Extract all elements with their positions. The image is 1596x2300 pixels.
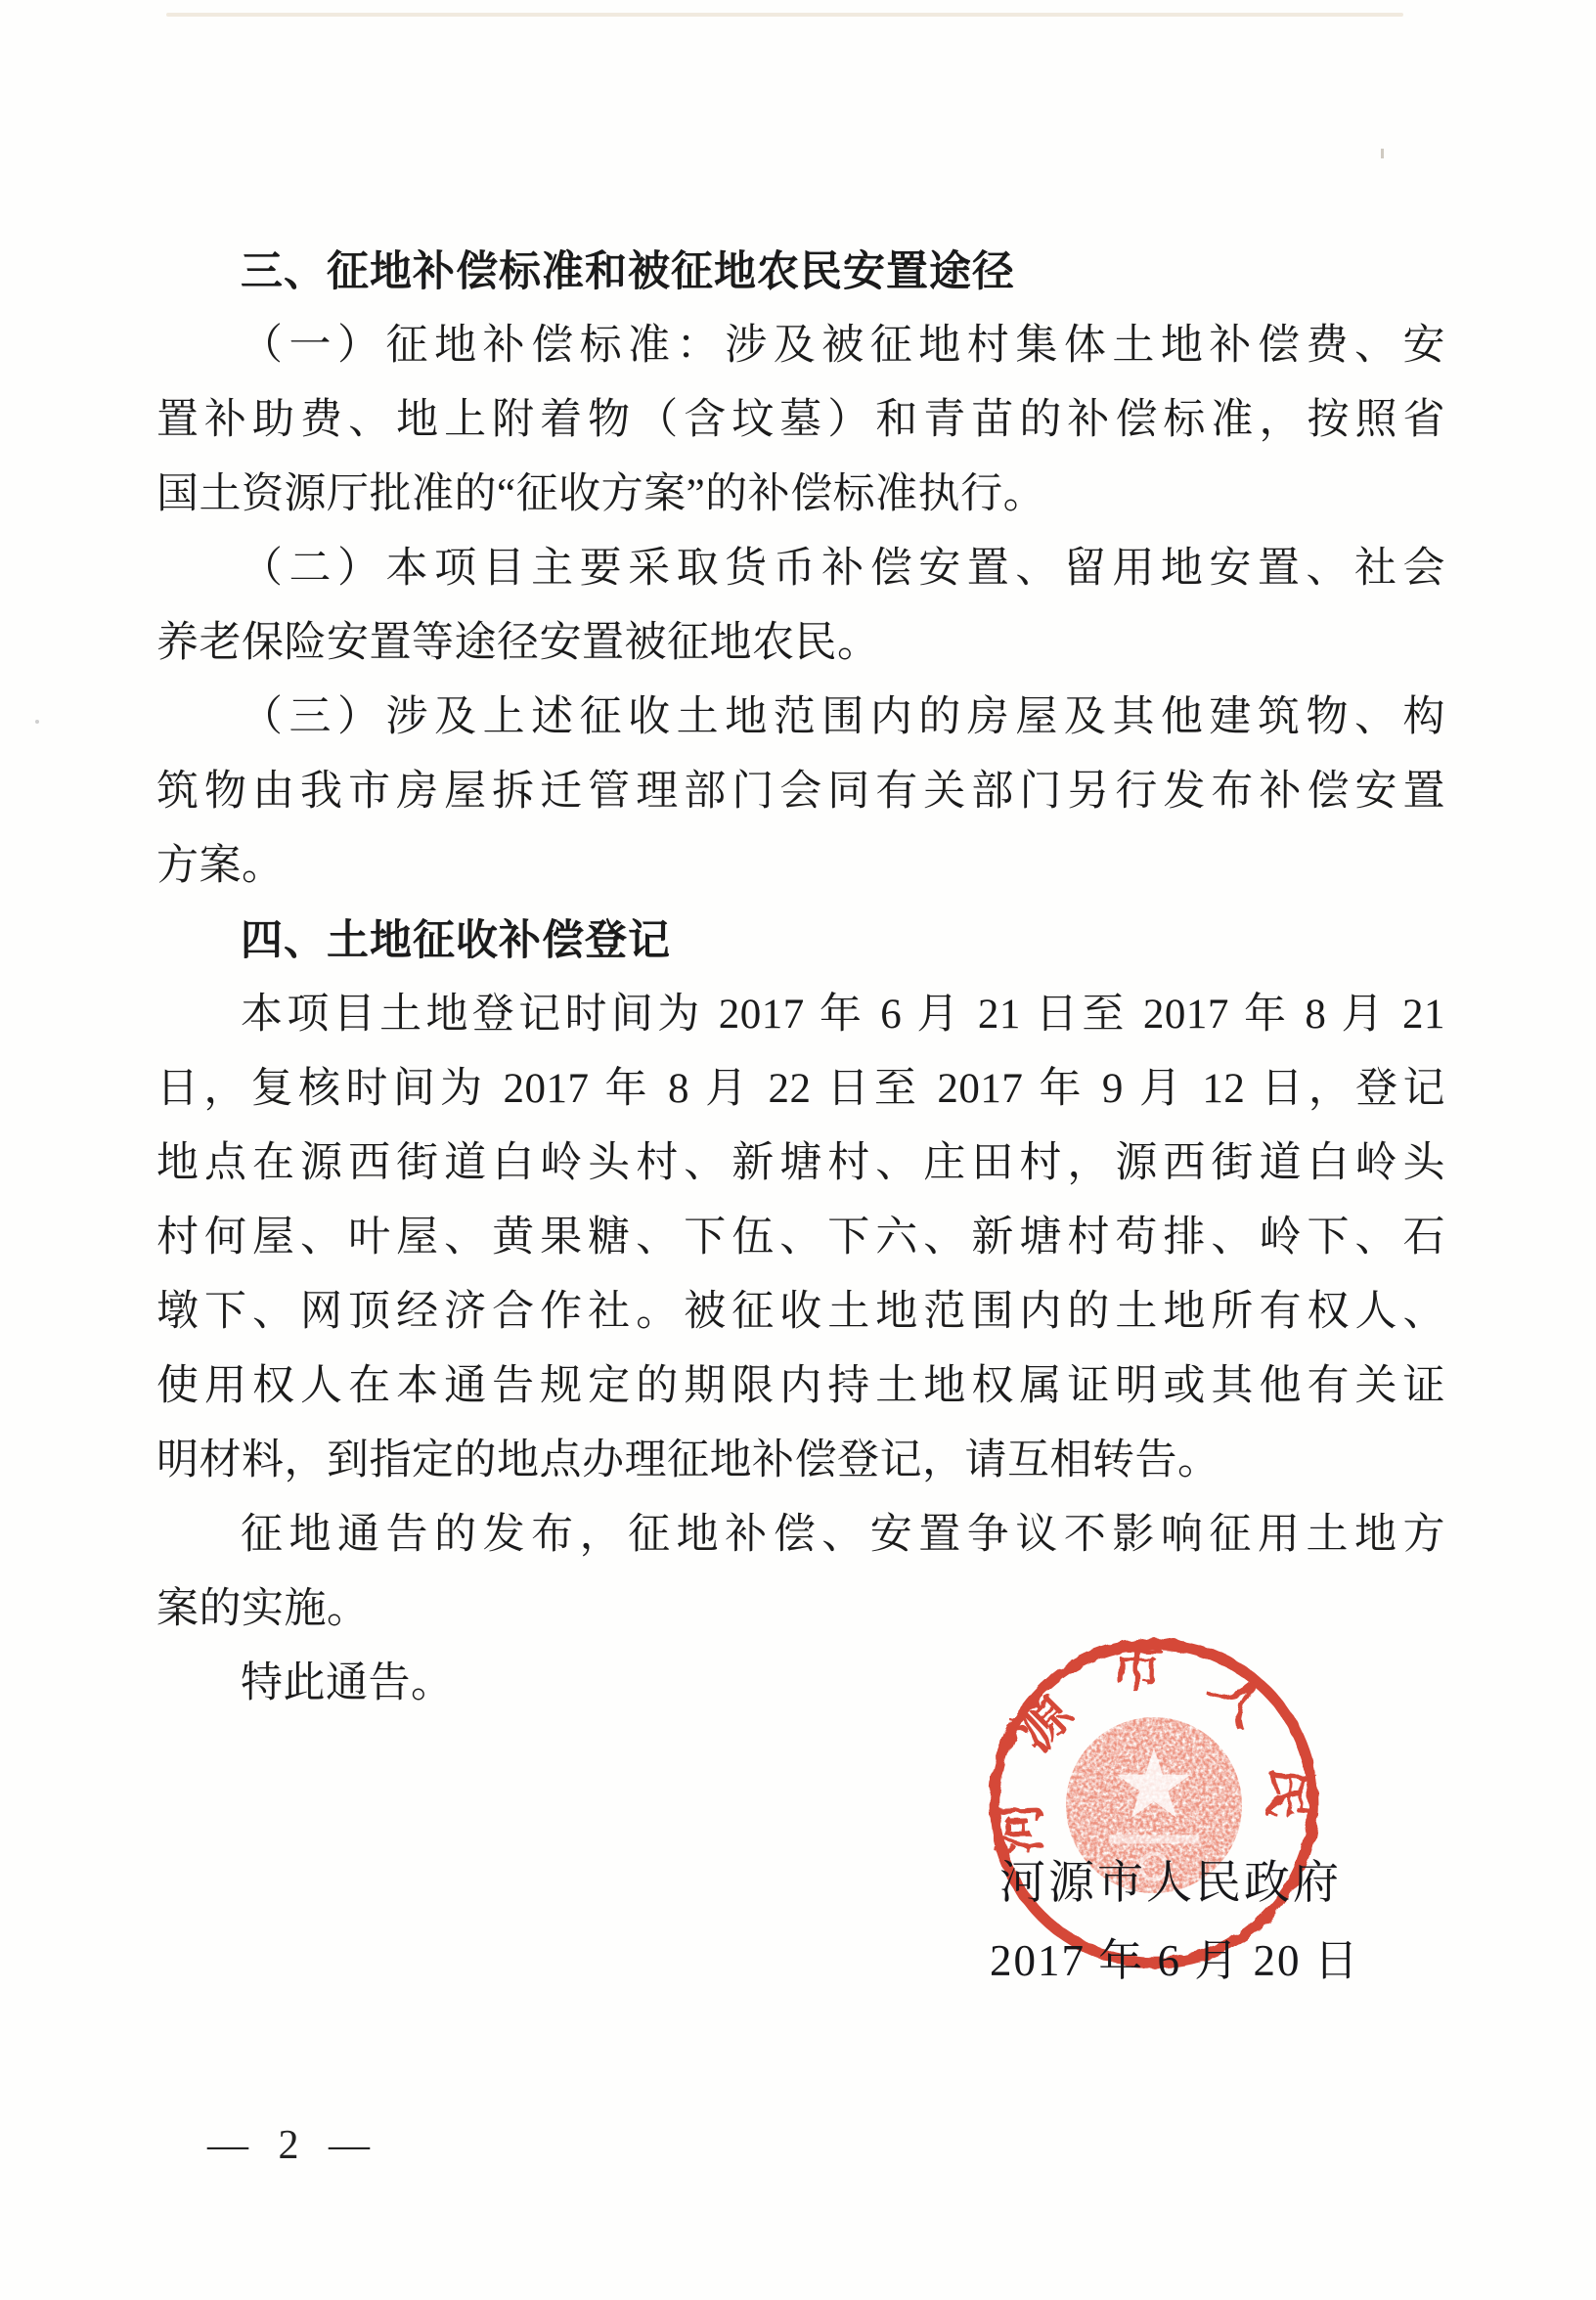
section-heading-4: 四、土地征收补偿登记 [156, 904, 1445, 978]
issue-date: 2017 年 6 月 20 日 [990, 1924, 1360, 1988]
doc-line: 征地通告的发布，征地补偿、安置争议不影响征用土地方 [156, 1498, 1445, 1572]
doc-line: 方案。 [156, 829, 1445, 904]
body-text-column: 三、征地补偿标准和被征地农民安置途径 （一）征地补偿标准：涉及被征地村集体土地补… [156, 235, 1445, 1721]
doc-line: 本项目土地登记时间为 2017 年 6 月 21 日至 2017 年 8 月 2… [156, 978, 1445, 1052]
document-page: 三、征地补偿标准和被征地农民安置途径 （一）征地补偿标准：涉及被征地村集体土地补… [0, 0, 1596, 2300]
doc-line: 筑物由我市房屋拆迁管理部门会同有关部门另行发布补偿安置 [156, 755, 1445, 829]
doc-line: （三）涉及上述征收土地范围内的房屋及其他建筑物、构 [156, 681, 1445, 755]
doc-line: 日，复核时间为 2017 年 8 月 22 日至 2017 年 9 月 12 日… [156, 1052, 1445, 1127]
doc-line: 使用权人在本通告规定的期限内持土地权属证明或其他有关证 [156, 1349, 1445, 1424]
doc-line: 养老保险安置等途径安置被征地农民。 [156, 606, 1445, 681]
issuer-signature: 河源市人民政府 [999, 1846, 1342, 1912]
doc-line: 墩下、网顶经济合作社。被征收土地范围内的土地所有权人、 [156, 1275, 1445, 1349]
doc-line: （二）本项目主要采取货币补偿安置、留用地安置、社会 [156, 532, 1445, 606]
section-heading-3: 三、征地补偿标准和被征地农民安置途径 [156, 235, 1445, 309]
scan-speck [1381, 149, 1384, 158]
doc-line: 置补助费、地上附着物（含坟墓）和青苗的补偿标准，按照省 [156, 383, 1445, 458]
scan-speck [35, 720, 39, 724]
doc-line: 村何屋、叶屋、黄果糖、下伍、下六、新塘村苟排、岭下、石 [156, 1201, 1445, 1275]
doc-line: 明材料，到指定的地点办理征地补偿登记，请互相转告。 [156, 1424, 1445, 1498]
doc-line: 地点在源西街道白岭头村、新塘村、庄田村，源西街道白岭头 [156, 1127, 1445, 1201]
doc-line: 国土资源厅批准的“征收方案”的补偿标准执行。 [156, 458, 1445, 532]
page-number: — 2 — [207, 2122, 379, 2169]
doc-line: （一）征地补偿标准：涉及被征地村集体土地补偿费、安 [156, 309, 1445, 383]
scan-smudge [166, 13, 1403, 17]
